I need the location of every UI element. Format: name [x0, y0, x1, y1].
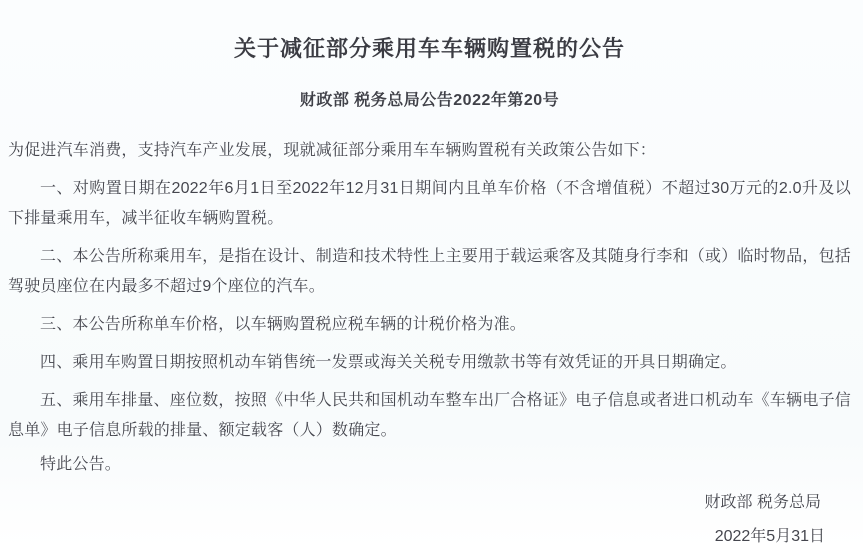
article-5: 五、乘用车排量、座位数，按照《中华人民共和国机动车整车出厂合格证》电子信息或者进… [8, 386, 851, 446]
article-1: 一、对购置日期在2022年6月1日至2022年12月31日期间内且单车价格（不含… [8, 174, 851, 234]
announcement-document: 关于减征部分乘用车车辆购置税的公告 财政部 税务总局公告2022年第20号 为促… [0, 0, 863, 547]
article-4: 四、乘用车购置日期按照机动车销售统一发票或海关关税专用缴款书等有效凭证的开具日期… [8, 348, 851, 378]
document-body: 为促进汽车消费，支持汽车产业发展，现就减征部分乘用车车辆购置税有关政策公告如下：… [8, 136, 851, 480]
article-3: 三、本公告所称单车价格，以车辆购置税应税车辆的计税价格为准。 [8, 310, 851, 340]
document-number: 财政部 税务总局公告2022年第20号 [8, 90, 851, 112]
issue-date: 2022年5月31日 [8, 522, 851, 547]
intro-paragraph: 为促进汽车消费，支持汽车产业发展，现就减征部分乘用车车辆购置税有关政策公告如下： [8, 136, 851, 166]
issuer-signature: 财政部 税务总局 [8, 488, 851, 518]
closing-statement: 特此公告。 [8, 450, 851, 480]
document-title: 关于减征部分乘用车车辆购置税的公告 [8, 22, 851, 64]
article-2: 二、本公告所称乘用车，是指在设计、制造和技术特性上主要用于载运乘客及其随身行李和… [8, 242, 851, 302]
